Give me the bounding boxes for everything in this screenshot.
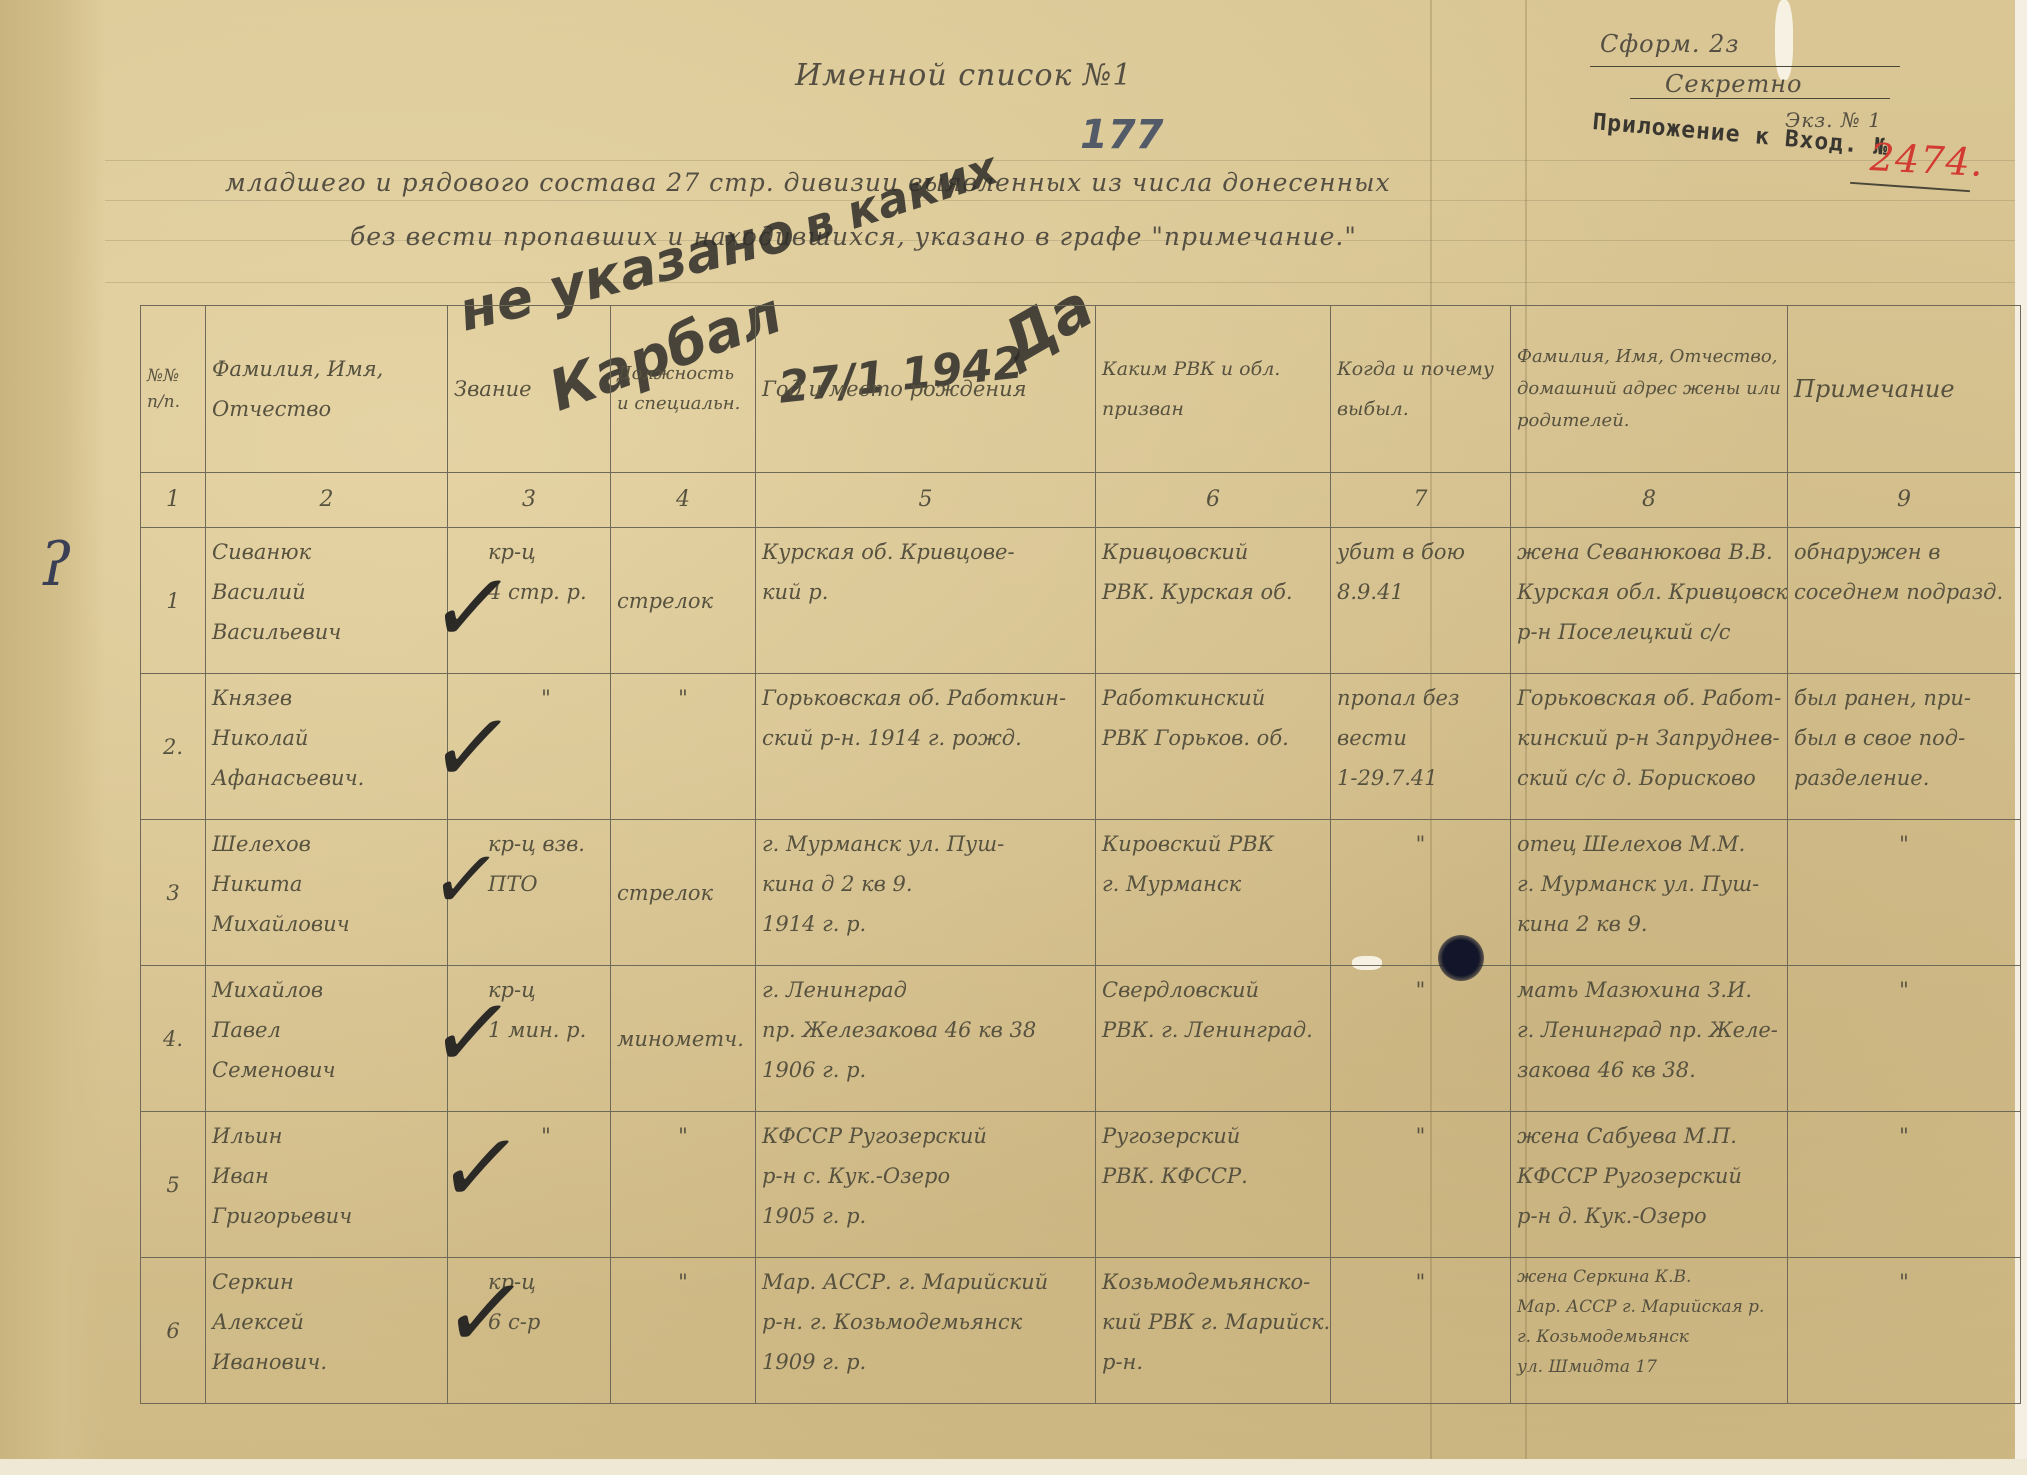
- column-header: Когда и почему выбыл.: [1331, 306, 1511, 473]
- cell-text: 1: [147, 581, 199, 621]
- cell-text: ский с/с д. Борисково: [1517, 758, 1781, 798]
- table-cell-left: ": [1331, 966, 1511, 1112]
- table-cell-birth: г. Ленинградпр. Железакова 46 кв 381906 …: [756, 966, 1096, 1112]
- column-number: 8: [1511, 473, 1788, 528]
- cell-text: Козьмодемьянско-: [1102, 1262, 1324, 1302]
- cell-text: КФССР Ругозерский: [762, 1116, 1089, 1156]
- cell-text: г. Ленинград пр. Желе-: [1517, 1010, 1781, 1050]
- cell-text: Афанасьевич.: [212, 758, 441, 798]
- table-cell-num: 2.: [141, 674, 206, 820]
- cell-text: РВК Горьков. об.: [1102, 718, 1324, 758]
- cell-text: кий РВК г. Марийск.: [1102, 1302, 1324, 1342]
- table-cell-rvk: Козьмодемьянско-кий РВК г. Марийск.р-н.: [1096, 1258, 1331, 1404]
- table-cell-num: 6: [141, 1258, 206, 1404]
- cell-text: 6: [147, 1311, 199, 1351]
- document-sheet: Сформ. 2з Секретно Экз. № 1 Приложение к…: [0, 0, 2027, 1475]
- cell-text: Иван: [212, 1156, 441, 1196]
- cell-text: закова 46 кв 38.: [1517, 1050, 1781, 1090]
- check-mark-icon: ✓: [424, 985, 521, 1081]
- cell-text: жена Севанюкова В.В.: [1517, 532, 1781, 572]
- cell-text: ": [617, 1116, 749, 1156]
- cell-text: кина 2 кв 9.: [1517, 904, 1781, 944]
- cell-text: ": [1337, 824, 1504, 864]
- cell-text: кинский р-н Запруднев-: [1517, 718, 1781, 758]
- cell-text: ": [1794, 1262, 2014, 1302]
- table-row: 1СиванюкВасилийВасильевичкр-ц4 стр. р.ст…: [141, 528, 2021, 674]
- cell-text: р-н с. Кук.-Озеро: [762, 1156, 1089, 1196]
- cell-text: Горьковская об. Работ-: [1517, 678, 1781, 718]
- table-cell-num: 1: [141, 528, 206, 674]
- column-number: 6: [1096, 473, 1331, 528]
- cell-text: р-н д. Кук.-Озеро: [1517, 1196, 1781, 1236]
- check-mark-icon: ✓: [424, 560, 521, 656]
- document-title: Именной список №1: [795, 58, 1132, 93]
- table-cell-family: жена Серкина К.В.Мар. АССР г. Марийская …: [1511, 1258, 1788, 1404]
- table-cell-rvk: Кировский РВКг. Мурманск: [1096, 820, 1331, 966]
- column-number: 7: [1331, 473, 1511, 528]
- table-cell-birth: Курская об. Кривцове-кий р.: [756, 528, 1096, 674]
- secret-mark: Секретно: [1665, 70, 1802, 98]
- cell-text: Василий: [212, 572, 441, 612]
- cell-text: Кривцовский: [1102, 532, 1324, 572]
- cell-text: пропал без: [1337, 678, 1504, 718]
- cell-text: Николай: [212, 718, 441, 758]
- table-cell-note: ": [1788, 966, 2021, 1112]
- table-cell-birth: Горьковская об. Работкин-ский р-н. 1914 …: [756, 674, 1096, 820]
- page-margin: [0, 0, 105, 1475]
- column-header: Звание: [448, 306, 611, 473]
- table-cell-rvk: РугозерскийРВК. КФССР.: [1096, 1112, 1331, 1258]
- cell-text: кий р.: [762, 572, 1089, 612]
- table-row: 6СеркинАлексейИванович.кр-ц6 с-р"Мар. АС…: [141, 1258, 2021, 1404]
- table-header-row: №№ п/п. Фамилия, Имя, Отчество Звание До…: [141, 306, 2021, 473]
- margin-mark: ʔ: [40, 530, 73, 600]
- cell-text: 2.: [147, 727, 199, 767]
- cell-text: р-н. г. Козьмодемьянск: [762, 1302, 1089, 1342]
- cell-text: 1-29.7.41: [1337, 758, 1504, 798]
- cell-text: ": [1337, 1262, 1504, 1302]
- cell-text: РВК. Курская об.: [1102, 572, 1324, 612]
- column-number-row: 1 2 3 4 5 6 7 8 9: [141, 473, 2021, 528]
- cell-text: ": [1794, 970, 2014, 1010]
- table-cell-birth: Мар. АССР. г. Марийскийр-н. г. Козьмодем…: [756, 1258, 1096, 1404]
- cell-text: 1906 г. р.: [762, 1050, 1089, 1090]
- table-cell-left: ": [1331, 820, 1511, 966]
- cell-text: минометч.: [617, 1019, 749, 1059]
- cell-text: Ругозерский: [1102, 1116, 1324, 1156]
- cell-text: Михайлов: [212, 970, 441, 1010]
- table-cell-position: ": [611, 1112, 756, 1258]
- ruled-line: [105, 160, 2015, 161]
- cell-text: ": [1794, 1116, 2014, 1156]
- cell-text: Князев: [212, 678, 441, 718]
- cell-text: Мар. АССР. г. Марийский: [762, 1262, 1089, 1302]
- cell-text: 3: [147, 873, 199, 913]
- column-header: Год и место рождения: [756, 306, 1096, 473]
- cell-text: был в свое под-: [1794, 718, 2014, 758]
- table-cell-note: ": [1788, 1258, 2021, 1404]
- column-number: 5: [756, 473, 1096, 528]
- header-mark: Сформ. 2з: [1600, 30, 1739, 58]
- cell-text: был ранен, при-: [1794, 678, 2014, 718]
- cell-text: кина д 2 кв 9.: [762, 864, 1089, 904]
- check-mark-icon: ✓: [424, 700, 521, 796]
- table-row: 4.МихайловПавелСеменовичкр-ц1 мин. р.мин…: [141, 966, 2021, 1112]
- column-header: Фамилия, Имя, Отчество: [206, 306, 448, 473]
- paper-edge: [0, 1459, 2027, 1475]
- cell-text: пр. Железакова 46 кв 38: [762, 1010, 1089, 1050]
- cell-text: ": [617, 1262, 749, 1302]
- cell-text: ул. Шмидта 17: [1517, 1352, 1781, 1382]
- table-cell-name: МихайловПавелСеменович: [206, 966, 448, 1112]
- cell-text: г. Козьмодемьянск: [1517, 1322, 1781, 1352]
- table-cell-note: ": [1788, 1112, 2021, 1258]
- cell-text: Курская обл. Кривцовский: [1517, 572, 1781, 612]
- cell-text: Свердловский: [1102, 970, 1324, 1010]
- cell-text: 1909 г. р.: [762, 1342, 1089, 1382]
- table-cell-left: ": [1331, 1112, 1511, 1258]
- cell-text: соседнем подразд.: [1794, 572, 2014, 612]
- cell-text: Горьковская об. Работкин-: [762, 678, 1089, 718]
- cell-text: г. Ленинград: [762, 970, 1089, 1010]
- underline: [1590, 66, 1900, 67]
- column-header: Примечание: [1788, 306, 2021, 473]
- cell-text: р-н.: [1102, 1342, 1324, 1382]
- table-cell-position: ": [611, 674, 756, 820]
- cell-text: 1905 г. р.: [762, 1196, 1089, 1236]
- table-cell-num: 3: [141, 820, 206, 966]
- check-mark-icon: ✓: [437, 1265, 534, 1361]
- cell-text: р-н Поселецкий с/с: [1517, 612, 1781, 652]
- cell-text: ": [617, 678, 749, 718]
- table-cell-left: убит в бою8.9.41: [1331, 528, 1511, 674]
- column-number: 2: [206, 473, 448, 528]
- cell-text: жена Сабуева М.П.: [1517, 1116, 1781, 1156]
- cell-text: ский р-н. 1914 г. рожд.: [762, 718, 1089, 758]
- cell-text: Иванович.: [212, 1342, 441, 1382]
- title-line-1: младшего и рядового состава 27 стр. диви…: [225, 168, 1391, 197]
- cell-text: Шелехов: [212, 824, 441, 864]
- column-header: Каким РВК и обл. призван: [1096, 306, 1331, 473]
- table-cell-rvk: СвердловскийРВК. г. Ленинград.: [1096, 966, 1331, 1112]
- cell-text: КФССР Ругозерский: [1517, 1156, 1781, 1196]
- cell-text: 8.9.41: [1337, 572, 1504, 612]
- column-number: 3: [448, 473, 611, 528]
- cell-text: г. Мурманск: [1102, 864, 1324, 904]
- cell-text: Васильевич: [212, 612, 441, 652]
- paper-tear: [1775, 0, 1793, 80]
- table-cell-num: 4.: [141, 966, 206, 1112]
- table-cell-name: ШелеховНикитаМихайлович: [206, 820, 448, 966]
- check-mark-icon: ✓: [432, 1120, 529, 1216]
- table-cell-left: пропал безвести1-29.7.41: [1331, 674, 1511, 820]
- cell-text: Мар. АССР г. Марийская р.: [1517, 1292, 1781, 1322]
- table-cell-name: КнязевНиколайАфанасьевич.: [206, 674, 448, 820]
- cell-text: Кировский РВК: [1102, 824, 1324, 864]
- table-cell-family: отец Шелехов М.М.г. Мурманск ул. Пуш-кин…: [1511, 820, 1788, 966]
- cell-text: Ильин: [212, 1116, 441, 1156]
- cell-text: стрелок: [617, 873, 749, 913]
- table-cell-note: ": [1788, 820, 2021, 966]
- underline: [1630, 98, 1890, 99]
- cell-text: обнаружен в: [1794, 532, 2014, 572]
- column-header: Должность и специальн.: [611, 306, 756, 473]
- ink-blot: [1438, 935, 1484, 981]
- column-number: 4: [611, 473, 756, 528]
- cell-text: 5: [147, 1165, 199, 1205]
- cell-text: мать Мазюхина З.И.: [1517, 970, 1781, 1010]
- table-cell-family: жена Сабуева М.П.КФССР Ругозерскийр-н д.…: [1511, 1112, 1788, 1258]
- cell-text: 1914 г. р.: [762, 904, 1089, 944]
- cell-text: ": [1337, 1116, 1504, 1156]
- table-cell-note: обнаружен всоседнем подразд.: [1788, 528, 2021, 674]
- cell-text: стрелок: [617, 581, 749, 621]
- cell-text: Григорьевич: [212, 1196, 441, 1236]
- cell-text: отец Шелехов М.М.: [1517, 824, 1781, 864]
- cell-text: Никита: [212, 864, 441, 904]
- cell-text: Михайлович: [212, 904, 441, 944]
- cell-text: вести: [1337, 718, 1504, 758]
- cell-text: РВК. КФССР.: [1102, 1156, 1324, 1196]
- table-cell-left: ": [1331, 1258, 1511, 1404]
- table-cell-note: был ранен, при-был в свое под-разделение…: [1788, 674, 2021, 820]
- table-cell-position: ": [611, 1258, 756, 1404]
- list-number-overlay: 177: [1080, 112, 1164, 158]
- cell-text: Семенович: [212, 1050, 441, 1090]
- table-row: 5ИльинИванГригорьевич""КФССР Ругозерский…: [141, 1112, 2021, 1258]
- column-header: Фамилия, Имя, Отчество, домашний адрес ж…: [1511, 306, 1788, 473]
- table-row: 3ШелеховНикитаМихайловичкр-ц взв.ПТОстре…: [141, 820, 2021, 966]
- cell-text: Сиванюк: [212, 532, 441, 572]
- table-cell-family: мать Мазюхина З.И.г. Ленинград пр. Желе-…: [1511, 966, 1788, 1112]
- column-number: 1: [141, 473, 206, 528]
- personnel-table: №№ п/п. Фамилия, Имя, Отчество Звание До…: [140, 305, 2021, 1404]
- table-cell-position: стрелок: [611, 528, 756, 674]
- cell-text: 4.: [147, 1019, 199, 1059]
- table-cell-position: минометч.: [611, 966, 756, 1112]
- table-cell-num: 5: [141, 1112, 206, 1258]
- cell-text: ": [1794, 824, 2014, 864]
- cell-text: Алексей: [212, 1302, 441, 1342]
- table-cell-rvk: КривцовскийРВК. Курская об.: [1096, 528, 1331, 674]
- table-cell-name: СеркинАлексейИванович.: [206, 1258, 448, 1404]
- cell-text: убит в бою: [1337, 532, 1504, 572]
- cell-text: Серкин: [212, 1262, 441, 1302]
- table-cell-family: Горьковская об. Работ-кинский р-н Запруд…: [1511, 674, 1788, 820]
- column-number: 9: [1788, 473, 2021, 528]
- table-cell-name: ИльинИванГригорьевич: [206, 1112, 448, 1258]
- table-cell-birth: г. Мурманск ул. Пуш-кина д 2 кв 9.1914 г…: [756, 820, 1096, 966]
- table-cell-name: СиванюкВасилийВасильевич: [206, 528, 448, 674]
- cell-text: Работкинский: [1102, 678, 1324, 718]
- column-header: №№ п/п.: [141, 306, 206, 473]
- cell-text: Павел: [212, 1010, 441, 1050]
- cell-text: РВК. г. Ленинград.: [1102, 1010, 1324, 1050]
- cell-text: жена Серкина К.В.: [1517, 1262, 1781, 1292]
- table-cell-rvk: РаботкинскийРВК Горьков. об.: [1096, 674, 1331, 820]
- cell-text: г. Мурманск ул. Пуш-: [1517, 864, 1781, 904]
- cell-text: ": [1337, 970, 1504, 1010]
- cell-text: г. Мурманск ул. Пуш-: [762, 824, 1089, 864]
- check-mark-icon: ✓: [425, 840, 506, 920]
- ruled-line: [105, 200, 2015, 201]
- incoming-number: 2474.: [1869, 135, 1985, 185]
- table-cell-birth: КФССР Ругозерскийр-н с. Кук.-Озеро1905 г…: [756, 1112, 1096, 1258]
- table-cell-position: стрелок: [611, 820, 756, 966]
- table-cell-family: жена Севанюкова В.В.Курская обл. Кривцов…: [1511, 528, 1788, 674]
- cell-text: Курская об. Кривцове-: [762, 532, 1089, 572]
- cell-text: разделение.: [1794, 758, 2014, 798]
